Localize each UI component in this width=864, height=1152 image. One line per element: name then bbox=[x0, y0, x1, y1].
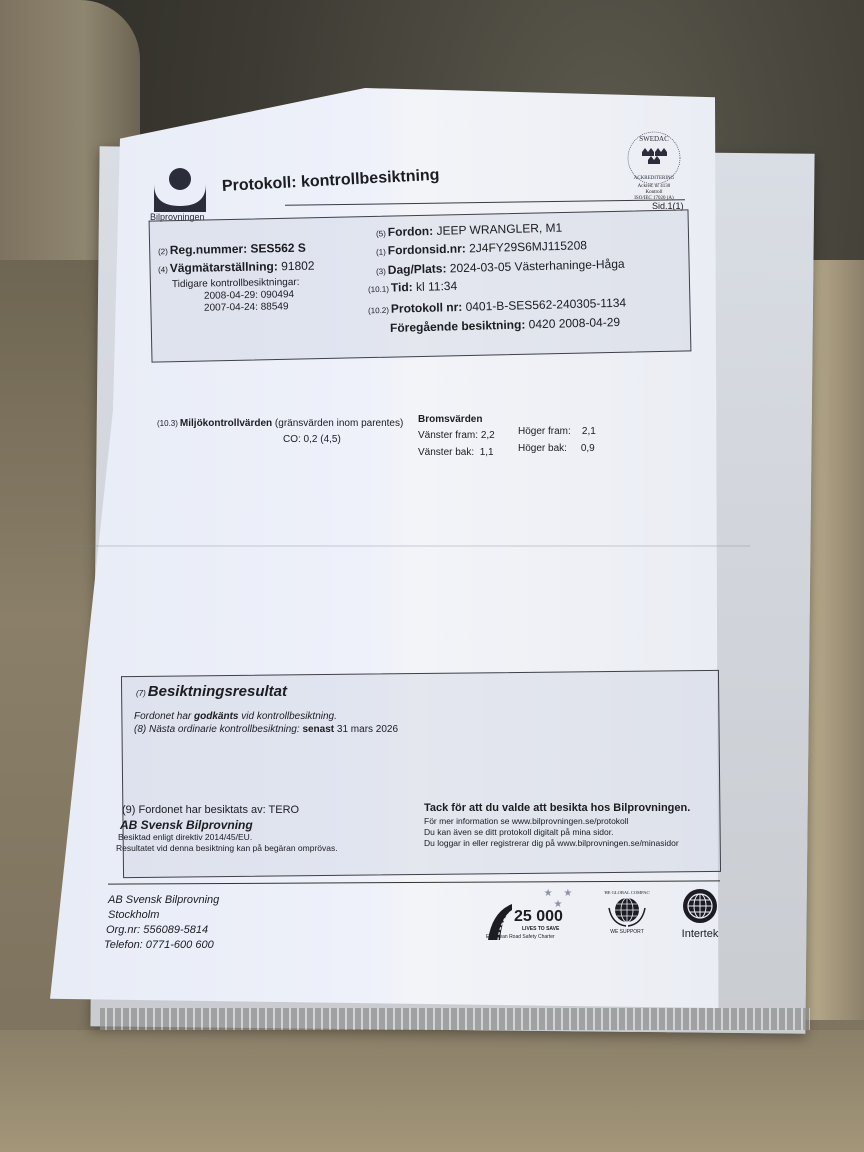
field-note: (gränsvärden inom parentes) bbox=[275, 418, 403, 429]
gc-caption: WE SUPPORT bbox=[602, 929, 652, 935]
odometer-value: 91802 bbox=[281, 259, 315, 274]
svg-text:SWEDAC: SWEDAC bbox=[639, 135, 669, 143]
previous-inspections-label: Tidigare kontrollbesiktningar: bbox=[172, 277, 300, 290]
footer-company: AB Svensk Bilprovning bbox=[108, 893, 219, 908]
info-digital-protocol: Du kan även se ditt protokoll digitalt p… bbox=[424, 827, 613, 837]
field-ref: (5) bbox=[376, 229, 386, 238]
field-label: Fordonsid.nr: bbox=[388, 241, 466, 257]
info-link-mypages[interactable]: Du loggar in eller registrerar dig på ww… bbox=[424, 838, 679, 848]
field-label: Miljökontrollvärden bbox=[180, 418, 272, 429]
field-label: Vägmätarställning: bbox=[170, 259, 278, 275]
previous-inspection-1: 2008-04-29: 090494 bbox=[204, 289, 294, 302]
accreditation-details: Ackred. nr 4130 Kontroll ISO/IEC 17020 (… bbox=[628, 184, 680, 202]
inspecting-company: AB Svensk Bilprovning bbox=[120, 818, 253, 832]
footer-city: Stockholm bbox=[108, 908, 219, 923]
brake-value: 0,9 bbox=[581, 443, 595, 454]
result-heading: (7)Besiktningsresultat bbox=[136, 683, 287, 700]
emission-values-heading: (10.3)Miljökontrollvärden (gränsvärden i… bbox=[157, 418, 403, 429]
field-label: Höger fram: bbox=[518, 426, 571, 437]
brake-left-rear: Vänster bak: 1,1 bbox=[418, 447, 494, 458]
field-ref: (10.1) bbox=[368, 285, 389, 295]
previous-inspection-2: 2007-04-24: 88549 bbox=[204, 301, 289, 313]
field-label: Vänster fram: bbox=[418, 430, 478, 441]
intertek-badge: Intertek bbox=[676, 888, 724, 940]
brake-right-front: Höger fram: 2,1 bbox=[518, 426, 596, 437]
field-label: Dag/Plats: bbox=[388, 261, 447, 277]
brake-left-front: Vänster fram: 2,2 bbox=[418, 430, 495, 441]
field-ref: (10.3) bbox=[157, 419, 178, 428]
text: vid kontrollbesiktning. bbox=[239, 711, 337, 722]
lives-label: LIVES TO SAVE bbox=[522, 926, 559, 932]
field-ref: (10.2) bbox=[368, 306, 389, 316]
result-heading-text: Besiktningsresultat bbox=[148, 683, 287, 700]
text: Nästa ordinarie kontrollbesiktning: bbox=[149, 724, 302, 735]
global-compact-globe-icon: THE GLOBAL COMPACT bbox=[604, 888, 650, 928]
field-ref: (1) bbox=[376, 248, 386, 257]
co-value: CO: 0,2 (4,5) bbox=[283, 434, 341, 445]
bilprovningen-logo-icon bbox=[152, 166, 208, 214]
field-ref: (7) bbox=[136, 689, 146, 698]
field-ref: (9) bbox=[122, 804, 135, 816]
footer-orgnr: Org.nr: 556089-5814 bbox=[106, 923, 219, 938]
odometer-field: (4)Vägmätarställning: 91802 bbox=[158, 259, 315, 276]
field-label: Protokoll nr: bbox=[391, 300, 463, 316]
reg-number-field: (2)Reg.nummer: SES562 S bbox=[158, 241, 306, 258]
time-value: kl 11:34 bbox=[416, 279, 457, 294]
svg-text:THE GLOBAL COMPACT: THE GLOBAL COMPACT bbox=[604, 890, 650, 895]
approval-status: godkänts bbox=[194, 711, 238, 722]
footer-phone: Telefon: 0771-600 600 bbox=[104, 938, 219, 953]
info-link-protocol[interactable]: För mer information se www.bilprovningen… bbox=[424, 816, 629, 826]
brake-value: 2,2 bbox=[481, 430, 495, 441]
time-field: (10.1)Tid: kl 11:34 bbox=[368, 279, 458, 295]
field-ref: (2) bbox=[158, 247, 168, 256]
field-ref: (3) bbox=[376, 267, 386, 276]
lives-count: 25 000 bbox=[514, 908, 563, 926]
brake-values-heading: Bromsvärden bbox=[418, 414, 482, 425]
intertek-label: Intertek bbox=[676, 928, 724, 940]
previous-inspection-value: 0420 2008-04-29 bbox=[529, 315, 621, 331]
field-label: Reg.nummer: bbox=[170, 242, 248, 257]
global-compact-badge: THE GLOBAL COMPACT WE SUPPORT bbox=[602, 888, 652, 935]
directive-note: Besiktad enligt direktiv 2014/45/EU. bbox=[118, 832, 252, 842]
swedac-accreditation-seal-icon: SWEDAC ACKREDITERING bbox=[626, 130, 682, 186]
appeal-note: Resultatet vid denna besiktning kan på b… bbox=[116, 843, 338, 853]
field-ref: (8) bbox=[134, 724, 146, 735]
next-inspection-line: (8) Nästa ordinarie kontrollbesiktning: … bbox=[134, 724, 398, 735]
intertek-globe-icon bbox=[678, 888, 722, 924]
car-seat-front bbox=[0, 1030, 864, 1152]
reg-number-value: SES562 S bbox=[250, 241, 306, 256]
star-icon: ★ ★ ★ bbox=[536, 888, 584, 910]
next-inspection-date: 31 mars 2026 bbox=[334, 724, 398, 735]
charter-caption: European Road Safety Charter bbox=[486, 934, 555, 940]
inspector-line: (9) Fordonet har besiktats av: TERO bbox=[122, 804, 299, 816]
svg-text:ACKREDITERING: ACKREDITERING bbox=[634, 176, 675, 181]
result-status-line: Fordonet har godkänts vid kontrollbesikt… bbox=[134, 711, 337, 722]
sleeve-perforation-strip bbox=[100, 1008, 810, 1030]
brake-right-rear: Höger bak: 0,9 bbox=[518, 443, 595, 454]
field-label: Höger bak: bbox=[518, 443, 567, 454]
paper-fold-line bbox=[50, 545, 750, 547]
brake-value: 2,1 bbox=[582, 426, 596, 437]
accreditation-standard: ISO/IEC 17020 (A) bbox=[628, 196, 680, 202]
field-ref: (4) bbox=[158, 265, 168, 274]
brake-value: 1,1 bbox=[480, 447, 494, 458]
field-label: Vänster bak: bbox=[418, 447, 474, 458]
thank-you-message: Tack för att du valde att besikta hos Bi… bbox=[424, 802, 690, 814]
field-label: Tid: bbox=[391, 280, 413, 295]
inspector-name: Fordonet har besiktats av: TERO bbox=[139, 804, 300, 816]
text: Fordonet har bbox=[134, 711, 194, 722]
deadline-emphasis: senast bbox=[302, 724, 334, 735]
field-label: Fordon: bbox=[388, 224, 434, 239]
company-address: AB Svensk Bilprovning Stockholm Org.nr: … bbox=[104, 893, 219, 953]
